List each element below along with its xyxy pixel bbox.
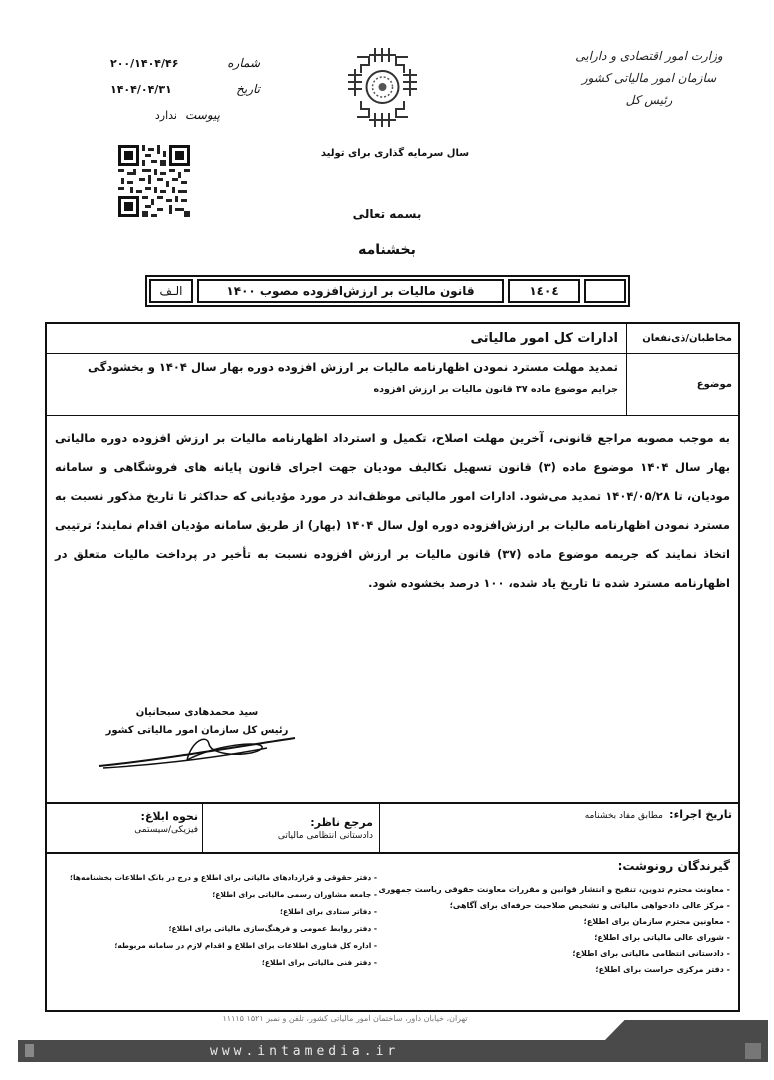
footer-marker-icon	[745, 1043, 761, 1059]
ministry-header: وزارت امور اقتصادی و دارایی سازمان امور …	[554, 45, 744, 111]
ministry-line: سازمان امور مالیاتی کشور	[554, 67, 744, 89]
cc-item: - جامعه مشاوران رسمی مالیاتی برای اطلاع؛	[57, 886, 377, 903]
cc-item: - دفتر مرکزی حراست برای اطلاع؛	[375, 962, 730, 978]
cc-item: - معاونین محترم سازمان برای اطلاع؛	[375, 914, 730, 930]
body-text: به موجب مصوبه مراجع قانونی، آخرین مهلت ا…	[55, 424, 730, 598]
cc-list-left: - دفتر حقوقی و قراردادهای مالیاتی برای ا…	[57, 869, 377, 971]
execution-date-cell: تاریخ اجراء: مطابق مفاد بخشنامه	[380, 804, 738, 852]
attachment-value: ندارد	[155, 109, 177, 122]
footer-wedge	[605, 1020, 768, 1040]
audience-row: مخاطبان/ذی‌نفعان ادارات کل امور مالیاتی	[47, 324, 738, 354]
supervisor-value: دادستانی انتظامی مالیاتی	[209, 831, 373, 841]
cc-item: - دفتر روابط عمومی و فرهنگ‌سازی مالیاتی …	[57, 920, 377, 937]
supervisor-cell: مرجع ناظر: دادستانی انتظامی مالیاتی	[202, 804, 380, 852]
cc-item: - معاونت محترم تدوین، تنقیح و انتشار قوا…	[375, 882, 730, 898]
subject-label: موضوع	[626, 354, 738, 415]
index-box-law: قانون مالیات بر ارزش‌افزوده مصوب ۱۴۰۰	[197, 279, 504, 303]
footer-address: تهران، خیابان داور، ساختمان امور مالیاتی…	[110, 1014, 580, 1023]
letter-number-row: شماره ۲۰۰/۱۴۰۴/۴۶	[110, 50, 260, 76]
notification-value: فیزیکی/سیستمی	[53, 825, 198, 835]
subject-line-2: جرایم موضوع ماده ۳۷ قانون مالیات بر ارزش…	[55, 384, 618, 395]
signer-name: سید محمدهادی سبحانیان	[87, 704, 307, 722]
cc-item: - شورای عالی مالیاتی برای اطلاع؛	[375, 930, 730, 946]
ministry-line: وزارت امور اقتصادی و دارایی	[554, 45, 744, 67]
execution-meta-row: تاریخ اجراء: مطابق مفاد بخشنامه مرجع ناظ…	[47, 802, 738, 854]
index-box-empty	[584, 279, 626, 303]
number-label: شماره	[227, 56, 260, 70]
notification-label: نحوه ابلاغ:	[53, 810, 198, 823]
cc-title: گیرندگان رونوشت:	[618, 859, 730, 873]
organization-logo	[345, 45, 420, 130]
invocation: بسمه تعالی	[0, 207, 774, 221]
attachment-row: پیوست ندارد	[110, 102, 260, 128]
subject-row: موضوع تمدید مهلت مسترد نمودن اظهارنامه م…	[47, 354, 738, 416]
cc-item: - دفاتر ستادی برای اطلاع؛	[57, 903, 377, 920]
footer-marker-icon	[25, 1044, 34, 1057]
index-box-year: ١٤٠٤	[508, 279, 580, 303]
year-slogan: سال سرمایه گذاری برای تولید	[320, 148, 470, 159]
number-value: ۲۰۰/۱۴۰۴/۴۶	[110, 57, 178, 70]
letter-meta: شماره ۲۰۰/۱۴۰۴/۴۶ تاریخ ۱۴۰۴/۰۴/۳۱ پیوست…	[110, 50, 260, 128]
attachment-label: پیوست	[185, 108, 220, 122]
body-section: به موجب مصوبه مراجع قانونی، آخرین مهلت ا…	[47, 416, 738, 796]
cc-item: - مرکز عالی دادخواهی مالیاتی و تشخیص صلا…	[375, 898, 730, 914]
signature-scribble-icon	[97, 734, 297, 774]
circular-form: مخاطبان/ذی‌نفعان ادارات کل امور مالیاتی …	[45, 322, 740, 1012]
execution-date-value: مطابق مفاد بخشنامه	[585, 811, 663, 821]
letter-date-row: تاریخ ۱۴۰۴/۰۴/۳۱	[110, 76, 260, 102]
subject-value: تمدید مهلت مسترد نمودن اظهارنامه مالیات …	[47, 354, 626, 415]
subject-line-1: تمدید مهلت مسترد نمودن اظهارنامه مالیات …	[55, 360, 618, 374]
cc-item: - دفتر حقوقی و قراردادهای مالیاتی برای ا…	[57, 869, 377, 886]
notification-cell: نحوه ابلاغ: فیزیکی/سیستمی	[47, 804, 204, 852]
cc-item: - اداره کل فناوری اطلاعات برای اطلاع و ا…	[57, 937, 377, 954]
footer-website-link[interactable]: www.intamedia.ir	[210, 1044, 399, 1059]
date-label: تاریخ	[236, 82, 260, 96]
cc-item: - دفتر فنی مالیاتی برای اطلاع؛	[57, 954, 377, 971]
audience-value: ادارات کل امور مالیاتی	[47, 324, 626, 353]
cc-list-right: - معاونت محترم تدوین، تنقیح و انتشار قوا…	[375, 882, 730, 978]
circular-index-boxes: ١٤٠٤ قانون مالیات بر ارزش‌افزوده مصوب ۱۴…	[145, 275, 630, 307]
date-value: ۱۴۰۴/۰۴/۳۱	[110, 83, 172, 96]
index-box-series: الـف	[149, 279, 193, 303]
ministry-line: رئیس کل	[554, 89, 744, 111]
cc-item: - دادستانی انتظامی مالیاتی برای اطلاع؛	[375, 946, 730, 962]
document-type-title: بخشنامه	[0, 242, 774, 258]
supervisor-label: مرجع ناظر:	[209, 816, 373, 829]
audience-label: مخاطبان/ذی‌نفعان	[626, 324, 738, 353]
execution-date-label: تاریخ اجراء:	[669, 808, 732, 821]
